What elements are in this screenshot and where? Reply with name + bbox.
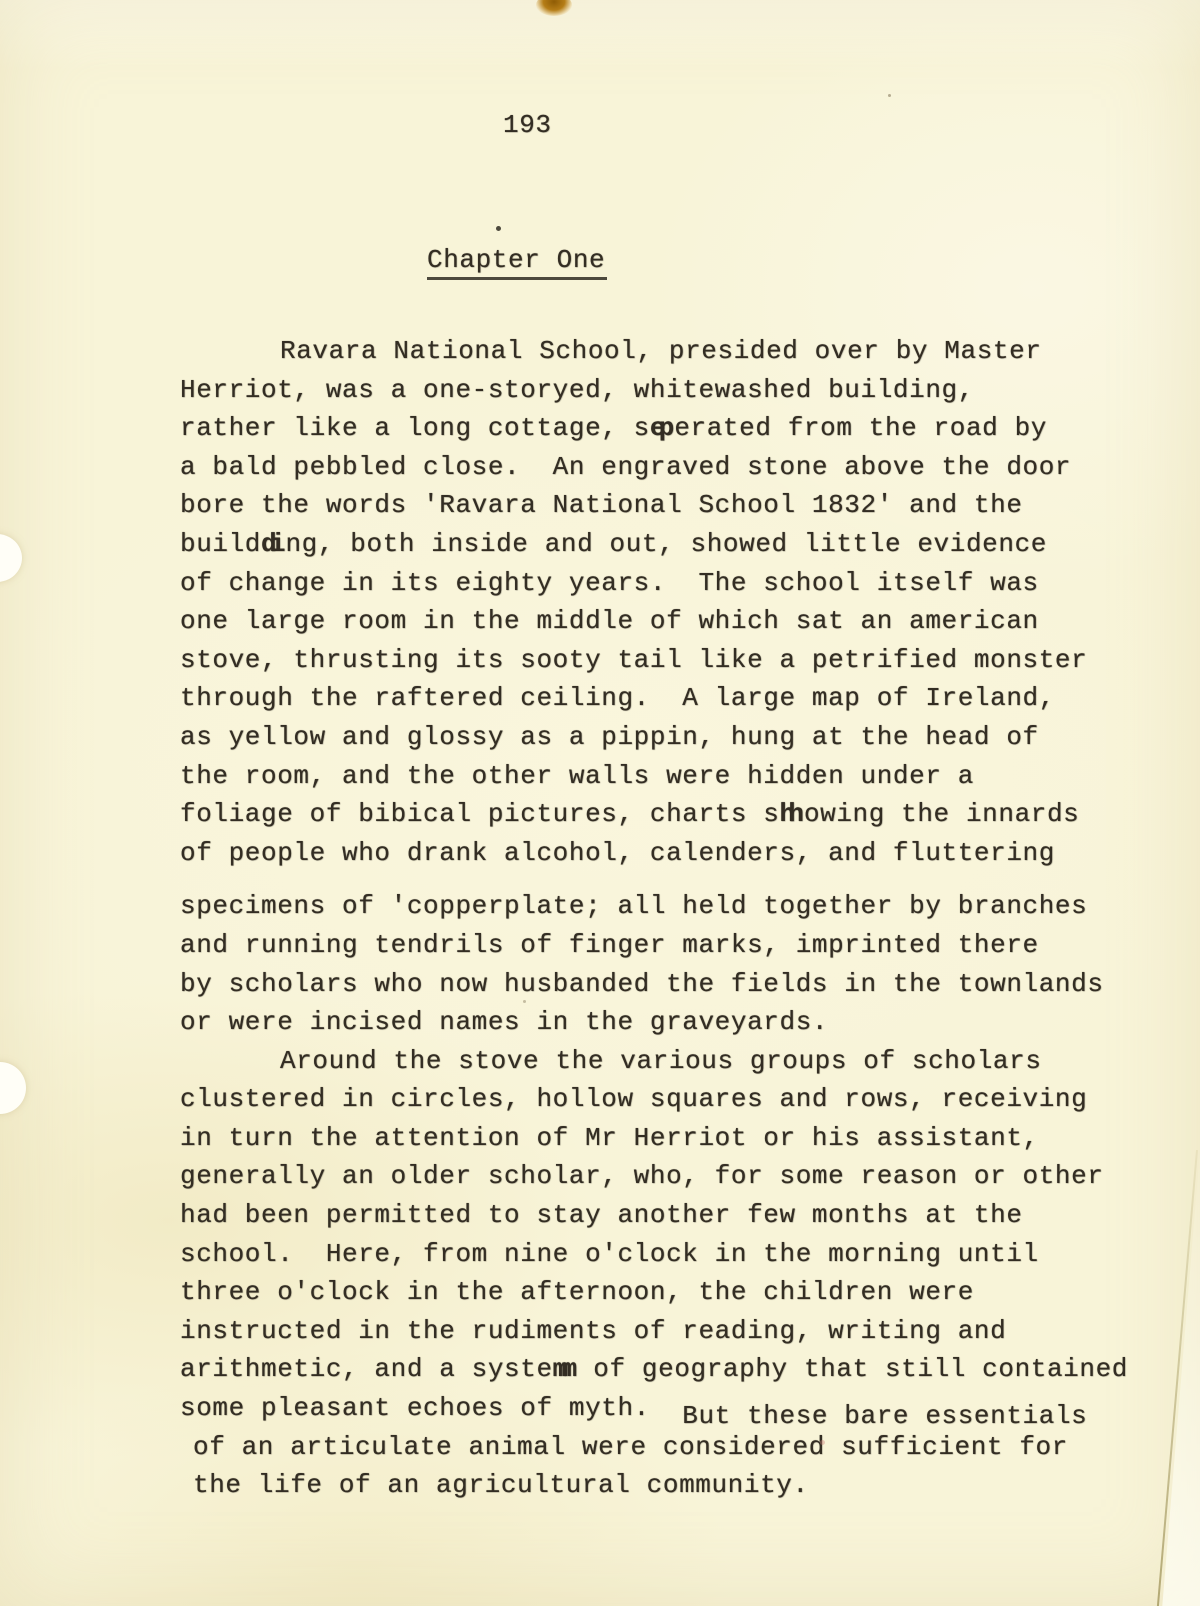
text-segment: the life of an agricultural community. (193, 1470, 809, 1500)
text-segment: Herriot, was a one-storyed, whitewashed … (180, 375, 974, 405)
text-line-11: as yellow and glossy as a pippin, hung a… (180, 718, 1140, 757)
text-segment: in turn the attention of Mr Herriot or h… (180, 1123, 1039, 1153)
text-segment: as yellow and glossy as a pippin, hung a… (180, 722, 1039, 752)
text-line-18: or were incised names in the graveyards. (180, 1003, 1140, 1042)
text-segment: by scholars who now husbanded the fields… (180, 969, 1104, 999)
text-line-21: in turn the attention of Mr Herriot or h… (180, 1119, 1140, 1158)
text-line-6: buildding, both inside and out, showed l… (180, 525, 1140, 564)
text-segment: of people who drank alcohol, calenders, … (180, 838, 1055, 868)
text-line-12: the room, and the other walls were hidde… (180, 757, 1140, 796)
paper-speck (820, 1440, 825, 1445)
text-line-29: of an articulate animal were considered … (180, 1428, 1140, 1467)
text-line-14: of people who drank alcohol, calenders, … (180, 834, 1140, 873)
text-line-16: and running tendrils of finger marks, im… (180, 926, 1140, 965)
page-number: 193 (503, 110, 552, 140)
text-segment: some pleasant echoes of myth. (180, 1393, 682, 1423)
text-segment: arithmetic, and a syste (180, 1354, 553, 1384)
text-segment: Ravara National School, presided over by… (280, 336, 1042, 366)
body-text: Ravara National School, presided over by… (180, 332, 1140, 1505)
text-segment: a bald pebbled close. An engraved stone … (180, 452, 1071, 482)
text-line-4: a bald pebbled close. An engraved stone … (180, 448, 1140, 487)
text-segment: owing the innards (804, 799, 1079, 829)
text-line-17: by scholars who now husbanded the fields… (180, 965, 1140, 1004)
text-line-20: clustered in circles, hollow squares and… (180, 1080, 1140, 1119)
text-segment: generally an older scholar, who, for som… (180, 1161, 1104, 1191)
punch-hole-top (0, 534, 22, 582)
paper-speck (888, 94, 891, 97)
text-line-2: Herriot, was a one-storyed, whitewashed … (180, 371, 1140, 410)
text-line-30: the life of an agricultural community. (180, 1466, 1140, 1505)
text-line-25: three o'clock in the afternoon, the chil… (180, 1273, 1140, 1312)
text-line-5: bore the words 'Ravara National School 1… (180, 486, 1140, 525)
text-line-22: generally an older scholar, who, for som… (180, 1157, 1140, 1196)
text-line-1: Ravara National School, presided over by… (180, 332, 1140, 371)
text-segment: or were incised names in the graveyards. (180, 1007, 828, 1037)
text-segment: clustered in circles, hollow squares and… (180, 1084, 1087, 1114)
ink-stain (536, 0, 572, 16)
text-segment: through the raftered ceiling. A large ma… (180, 683, 1055, 713)
punch-hole-bottom (0, 1062, 26, 1114)
text-segment: the room, and the other walls were hidde… (180, 761, 974, 791)
text-line-28: some pleasant echoes of myth. But these … (180, 1389, 1140, 1428)
text-segment: three o'clock in the afternoon, the chil… (180, 1277, 974, 1307)
text-line-19: Around the stove the various groups of s… (180, 1042, 1140, 1081)
text-line-23: had been permitted to stay another few m… (180, 1196, 1140, 1235)
dropped-text: But these bare essentials (682, 1401, 1087, 1431)
chapter-heading: Chapter One (427, 245, 607, 280)
overstrike-text: ep (650, 413, 668, 443)
text-line-7: of change in its eighty years. The schoo… (180, 564, 1140, 603)
text-segment: of an articulate animal were considered … (193, 1432, 1068, 1462)
text-segment: bore the words 'Ravara National School 1… (180, 490, 1023, 520)
overstrike-text: hh (780, 799, 798, 829)
text-line-10: through the raftered ceiling. A large ma… (180, 679, 1140, 718)
typescript-page: 193 Chapter One Ravara National School, … (0, 0, 1200, 1606)
text-segment: build (180, 529, 261, 559)
text-segment: one large room in the middle of which sa… (180, 606, 1039, 636)
text-line-8: one large room in the middle of which sa… (180, 602, 1140, 641)
text-segment: erated from the road by (674, 413, 1047, 443)
text-line-24: school. Here, from nine o'clock in the m… (180, 1235, 1140, 1274)
text-segment: had been permitted to stay another few m… (180, 1200, 1023, 1230)
text-segment: of change in its eighty years. The schoo… (180, 568, 1039, 598)
text-segment: Around the stove the various groups of s… (280, 1046, 1042, 1076)
text-segment: specimens of 'copperplate; all held toge… (180, 891, 1087, 921)
paper-speck (523, 1000, 526, 1003)
text-segment: rather like a long cottage, s (180, 413, 650, 443)
stray-typed-dot (496, 226, 501, 231)
text-line-3: rather like a long cottage, seperated fr… (180, 409, 1140, 448)
overstrike-text: mm (553, 1354, 571, 1384)
text-segment: and running tendrils of finger marks, im… (180, 930, 1039, 960)
text-segment: ng, both inside and out, showed little e… (285, 529, 1047, 559)
text-line-13: foliage of bibical pictures, charts shho… (180, 795, 1140, 834)
overstrike-text: di (261, 529, 279, 559)
text-segment: foliage of bibical pictures, charts s (180, 799, 780, 829)
text-segment: of geography that still contained (577, 1354, 1128, 1384)
text-segment: school. Here, from nine o'clock in the m… (180, 1239, 1039, 1269)
text-line-26: instructed in the rudiments of reading, … (180, 1312, 1140, 1351)
text-segment: stove, thrusting its sooty tail like a p… (180, 645, 1087, 675)
text-line-27: arithmetic, and a systemm of geography t… (180, 1350, 1140, 1389)
text-segment: instructed in the rudiments of reading, … (180, 1316, 1006, 1346)
text-line-9: stove, thrusting its sooty tail like a p… (180, 641, 1140, 680)
text-line-15: specimens of 'copperplate; all held toge… (180, 887, 1140, 926)
